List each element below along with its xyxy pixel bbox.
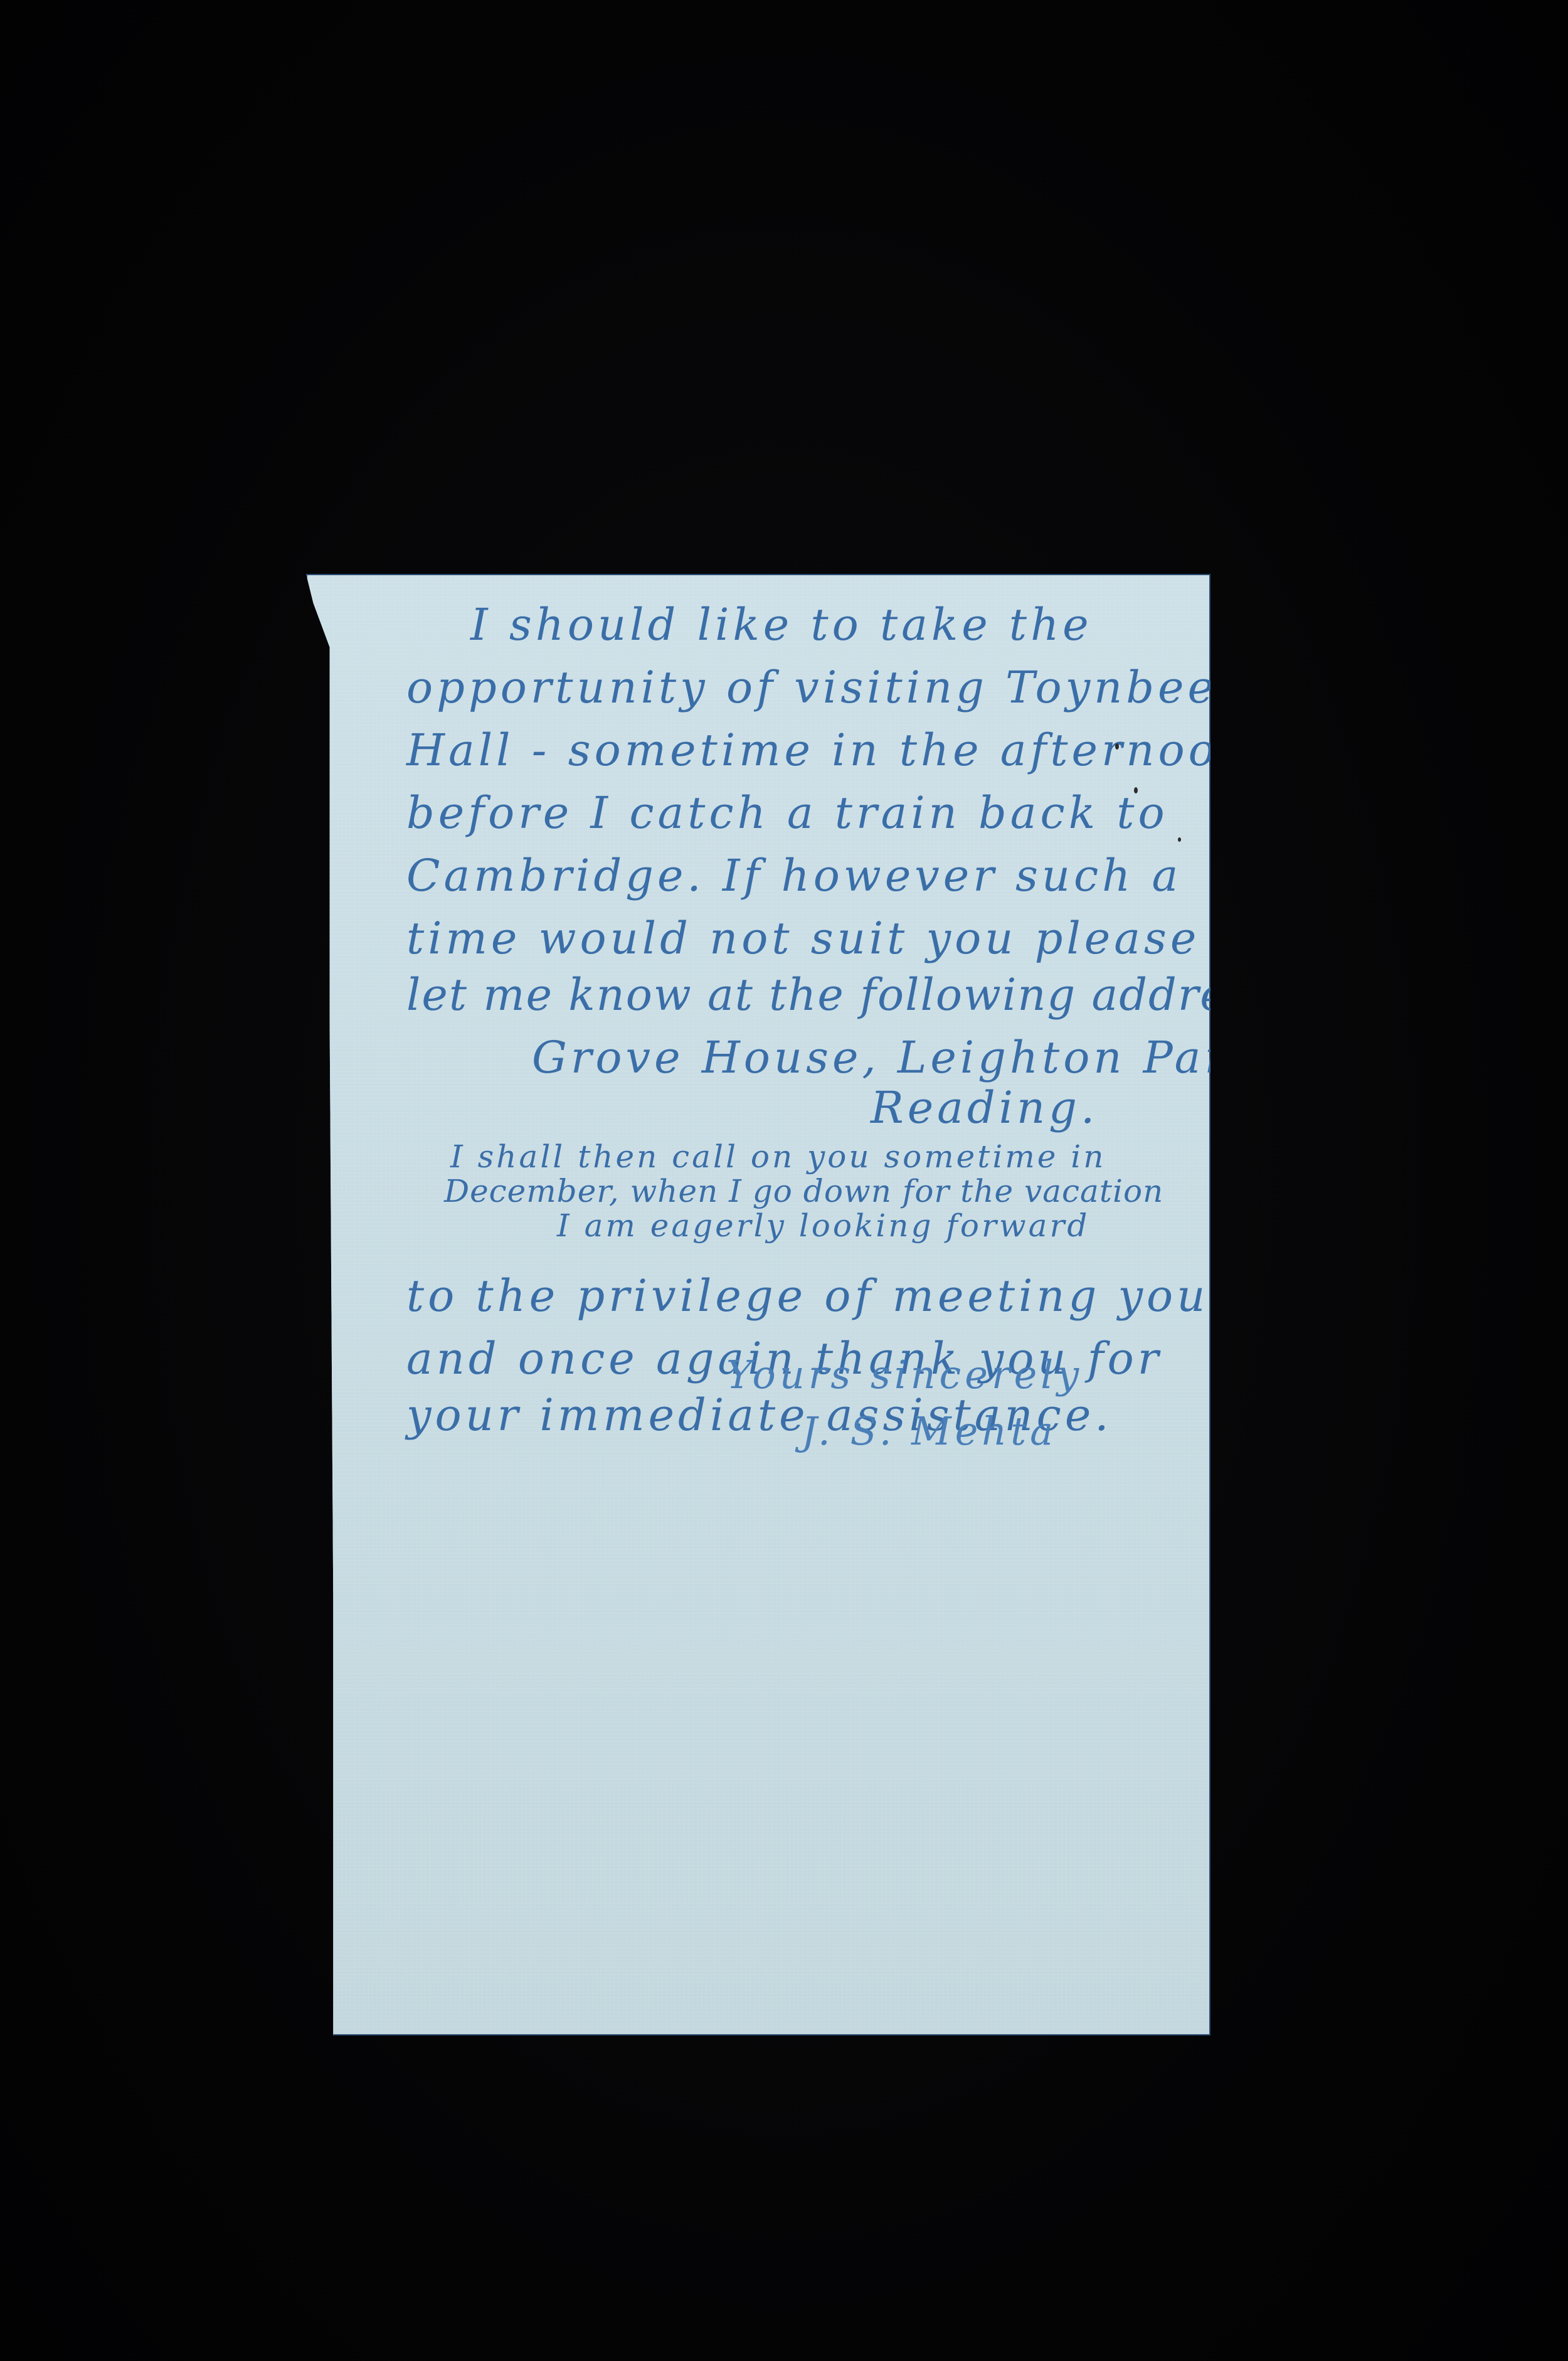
paper-speck (1178, 837, 1181, 842)
address-line-1: Grove House, Leighton Park (532, 1032, 1259, 1083)
postscript-line-1: I shall then call on you sometime in (450, 1138, 1106, 1175)
address-line-2: Reading. (871, 1082, 1098, 1133)
photo-background: I should like to take the opportunity of… (0, 0, 1568, 2361)
postscript-line-3: I am eagerly looking forward (557, 1207, 1089, 1244)
letter-sheet: I should like to take the opportunity of… (306, 574, 1210, 2035)
body-line-4: before I catch a train back to (406, 787, 1168, 839)
signature: J. S. Mehta (802, 1408, 1057, 1454)
body-line-6: time would not suit you please (406, 913, 1200, 964)
body-line-3: Hall - sometime in the afternoon (406, 724, 1251, 776)
paper-speck (1115, 743, 1119, 750)
body-line-1: I should like to take the (470, 599, 1093, 650)
body-line-2: opportunity of visiting Toynbee (406, 662, 1217, 713)
body-line-5: Cambridge. If however such a (406, 850, 1182, 901)
signoff-text: Yours sincerely (726, 1352, 1083, 1398)
closing-line-1: to the privilege of meeting you. (406, 1270, 1227, 1322)
postscript-line-2: December, when I go down for the vacatio… (444, 1173, 1163, 1209)
body-line-7: let me know at the following address (406, 969, 1275, 1021)
paper-speck (1134, 787, 1138, 793)
